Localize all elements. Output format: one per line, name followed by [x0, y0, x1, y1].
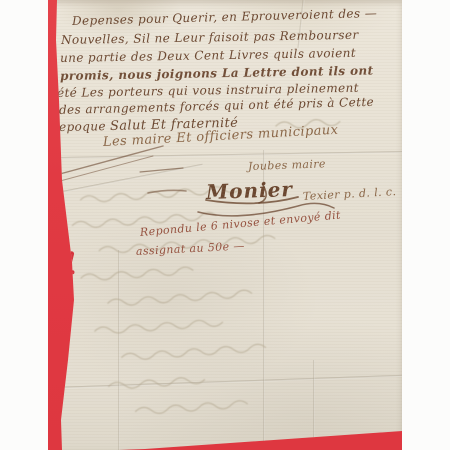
- letter-line: epoque: [59, 119, 106, 134]
- signature-secretary: Monier: [206, 177, 294, 204]
- reply-annotation: assignat au 50e —: [136, 239, 245, 258]
- fold-crease: [55, 164, 203, 195]
- fold-crease: [118, 250, 120, 450]
- letter-line: une partie des Deux Cent Livres quils av…: [60, 46, 356, 65]
- fold-crease: [313, 360, 315, 450]
- fold-crease: [48, 375, 402, 389]
- letter-photo: Depenses pour Querir, en Eprouveroient d…: [0, 0, 450, 450]
- signature-secretary-title: Texier p. d. l. c.: [303, 185, 397, 203]
- reply-annotation: Repondu le 6 nivose et envoyé dit: [139, 208, 341, 239]
- letter-paper: Depenses pour Querir, en Eprouveroient d…: [48, 0, 402, 450]
- signature-mayor: Joubes maire: [248, 157, 326, 173]
- letter-line: Depenses pour Querir, en Eprouveroient d…: [72, 6, 377, 28]
- fold-crease: [58, 151, 402, 159]
- letter-line: Nouvelles, Sil ne Leur faisoit pas Rembo…: [61, 28, 359, 47]
- letter-line: promis, nous joignons La Lettre dont ils…: [60, 64, 374, 83]
